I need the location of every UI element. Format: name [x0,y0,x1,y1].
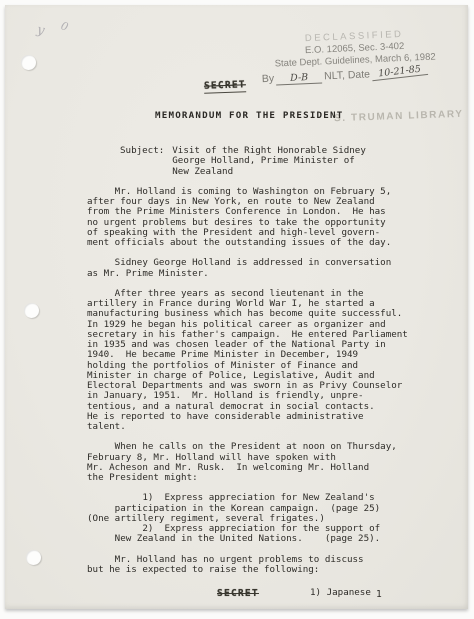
hole-punch [24,303,39,318]
date-value: 10-21-85 [371,64,428,81]
paragraph-3: After three years as second lieutenant i… [87,289,447,433]
subject-row: Subject: Visit of the Right Honorable Si… [87,146,447,177]
hole-punch [26,550,41,565]
document-page: y 0 DECLASSIFIED E.O. 12065, Sec. 3-402 … [5,5,468,609]
secret-stamp-top: SECRET [204,79,246,93]
memo-body: MEMORANDUM FOR THE PRESIDENT Subject: Vi… [87,110,447,598]
secret-stamp-bottom: SECRET [217,588,259,599]
page-number: 1 [376,589,382,600]
paragraph-4: When he calls on the President at noon o… [87,442,447,483]
memo-title: MEMORANDUM FOR THE PRESIDENT [155,110,447,121]
paragraph-1: Mr. Holland is coming to Washington on F… [87,187,447,249]
pencil-mark: 0 [59,19,70,34]
by-signature: D-B [276,72,322,85]
hole-punch [21,55,36,70]
paragraph-5: Mr. Holland has no urgent problems to di… [87,555,447,576]
action-items-list: 1) Express appreciation for New Zealand'… [87,493,447,544]
nlt-date-label: NLT, Date [324,68,370,82]
subject-label: Subject: [120,146,164,177]
declassification-stamp: DECLASSIFIED E.O. 12065, Sec. 3-402 Stat… [254,27,456,86]
pencil-mark: y [36,22,46,38]
paragraph-2: Sidney George Holland is addressed in co… [87,258,447,279]
by-label: By [262,73,275,86]
subject-value: Visit of the Right Honorable Sidney Geor… [172,146,366,177]
